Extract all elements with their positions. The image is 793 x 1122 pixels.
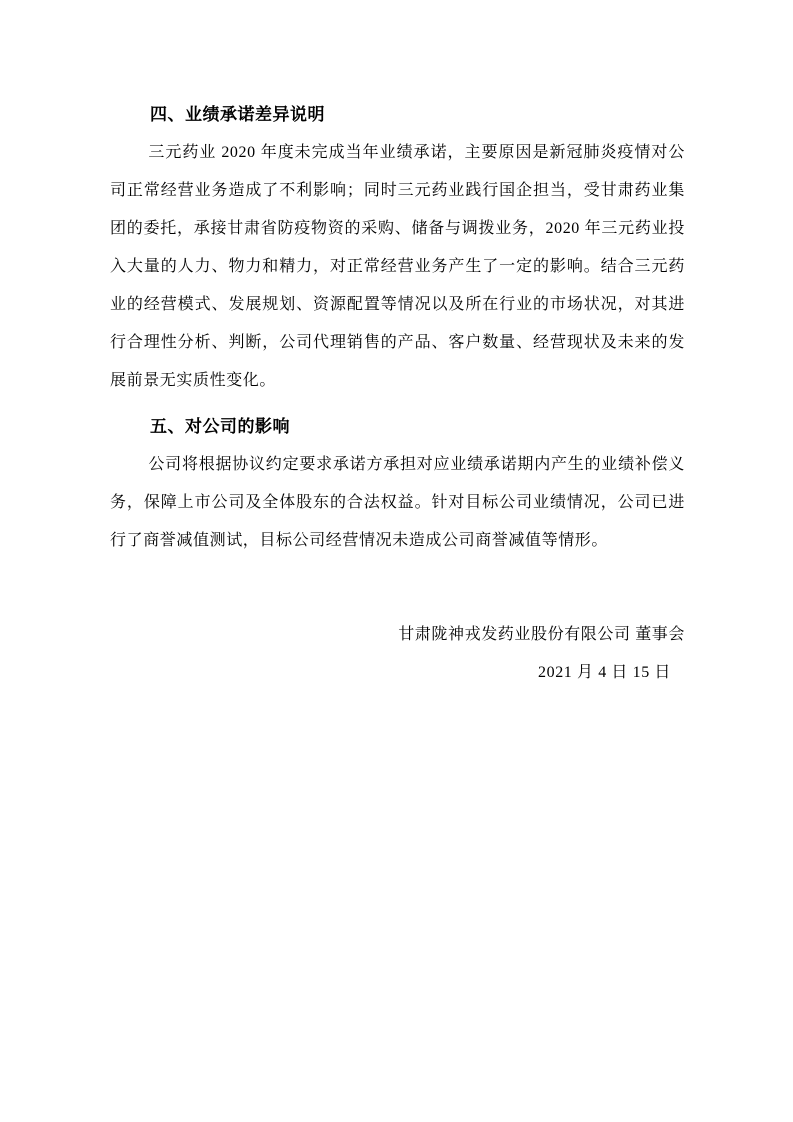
section-5-paragraph: 公司将根据协议约定要求承诺方承担对应业绩承诺期内产生的业绩补偿义务，保障上市公司…: [110, 446, 685, 560]
section-impact-on-company: 五、对公司的影响 公司将根据协议约定要求承诺方承担对应业绩承诺期内产生的业绩补偿…: [110, 408, 685, 560]
signature-date: 2021 月 4 日 15 日: [110, 654, 685, 692]
section-4-paragraph: 三元药业 2020 年度未完成当年业绩承诺，主要原因是新冠肺炎疫情对公司正常经营…: [110, 134, 685, 400]
signature-block: 甘肃陇神戎发药业股份有限公司 董事会 2021 月 4 日 15 日: [110, 616, 685, 692]
section-heading-5: 五、对公司的影响: [110, 408, 685, 446]
signature-company: 甘肃陇神戎发药业股份有限公司 董事会: [110, 616, 685, 654]
document-page: 四、业绩承诺差异说明 三元药业 2020 年度未完成当年业绩承诺，主要原因是新冠…: [0, 0, 793, 1122]
section-performance-commitment-difference: 四、业绩承诺差异说明 三元药业 2020 年度未完成当年业绩承诺，主要原因是新冠…: [110, 96, 685, 400]
section-heading-4: 四、业绩承诺差异说明: [110, 96, 685, 134]
